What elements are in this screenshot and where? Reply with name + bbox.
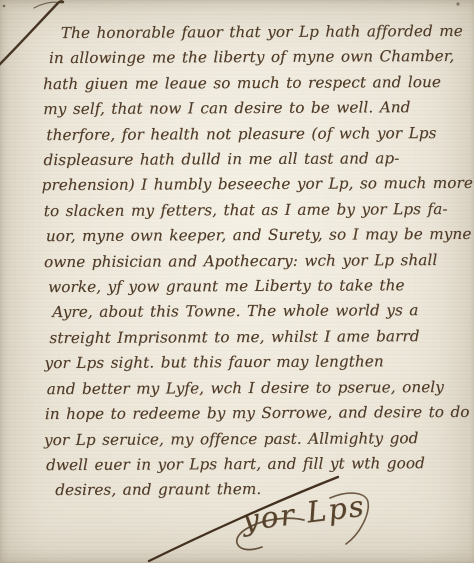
letter-line: dwell euer in yor Lps hart, and fill yt … [46,451,461,479]
ink-stroke-top-left-tail-icon [34,2,62,8]
letter-line: The honorable fauor that yor Lp hath aff… [61,19,459,46]
letter-line: therfore, for health not pleasure (of wc… [46,121,459,149]
letter-line: prehension) I humbly beseeche yor Lp, so… [42,171,460,199]
letter-line: yor Lps sight. but this fauor may length… [44,349,460,377]
letter-line: and better my Lyfe, wch I desire to pser… [47,375,461,403]
ink-speck-icon [456,2,459,5]
letter-line: to slacken my fetters, that as I ame by … [44,197,460,225]
letter-line: my self, that now I can desire to be wel… [43,95,459,123]
letter-line: worke, yf yow graunt me Liberty to take … [48,273,460,301]
letter-line: displeasure hath dulld in me all tast an… [43,146,459,174]
letter-line: in hope to redeeme by my Sorrowe, and de… [45,400,461,428]
letter-line: in allowinge me the liberty of myne own … [49,44,459,72]
letter-line: desires, and graunt them. [55,476,461,504]
letter-line: yor Lp seruice, my offence past. Allmigh… [44,425,461,453]
ink-speck-icon [3,5,6,8]
letter-body: The honorable fauor that yor Lp hath aff… [43,19,462,504]
letter-line: Ayre, about this Towne. The whole world … [52,298,460,326]
letter-line: hath giuen me leaue so much to respect a… [43,70,459,98]
letter-line: owne phisician and Apothecary: wch yor L… [44,248,460,276]
letter-line: streight Imprisonmt to me, whilst I ame … [49,324,460,352]
manuscript-page: The honorable fauor that yor Lp hath aff… [0,0,474,563]
letter-line: uor, myne own keeper, and Surety, so I m… [46,222,460,250]
